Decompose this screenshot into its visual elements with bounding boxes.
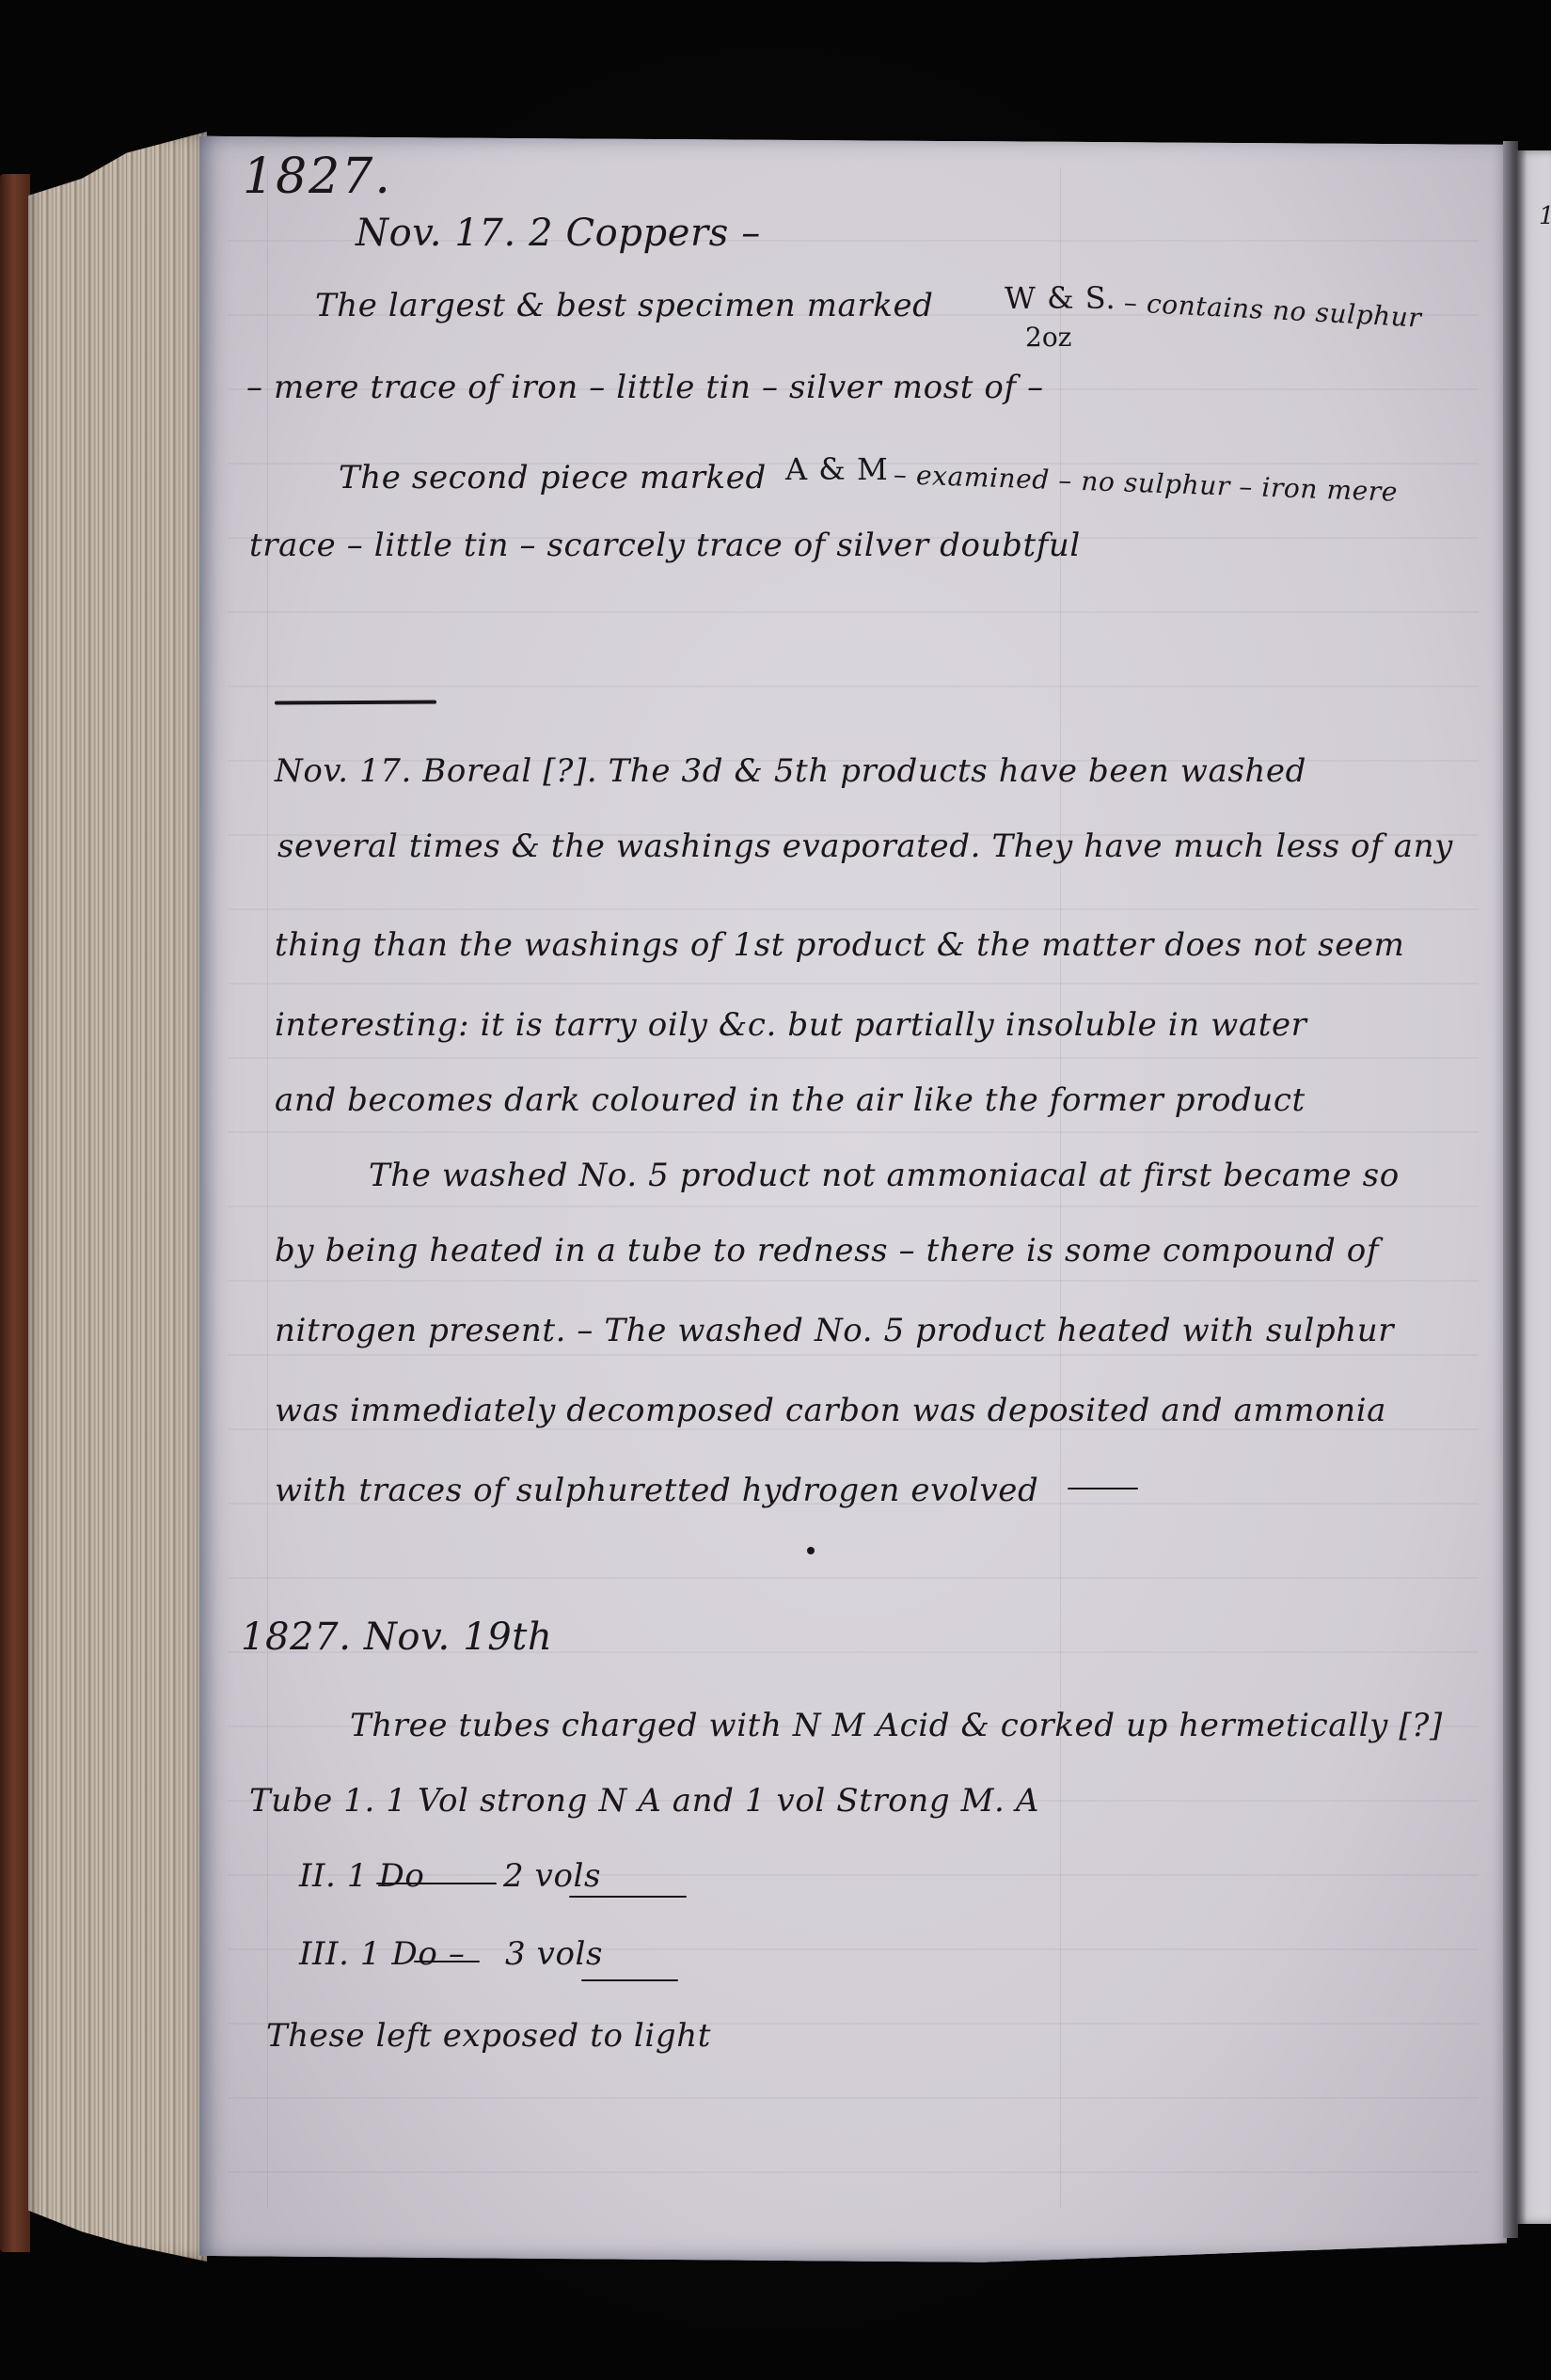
page-stack-edges	[28, 132, 207, 2262]
note-line: The largest & best specimen marked	[315, 287, 934, 324]
note-line: trace – little tin – scarcely trace of s…	[249, 527, 1081, 564]
note-line: several times & the washings evaporated.…	[277, 827, 1453, 865]
note-line: III. 1 Do –	[299, 1935, 465, 1973]
ditto-dash	[581, 1979, 678, 1981]
note-line: These left exposed to light	[266, 2017, 711, 2055]
entry-heading: Nov. 17. 2 Coppers –	[356, 212, 761, 255]
specimen-marking: A & M	[785, 451, 889, 487]
book-cover-edge	[0, 174, 30, 2252]
note-line: interesting: it is tarry oily &c. but pa…	[275, 1006, 1307, 1044]
specimen-weight: 2oz	[1025, 322, 1071, 353]
note-line: The second piece marked	[339, 459, 767, 496]
ditto-dash	[414, 1961, 480, 1962]
note-line: Tube 1. 1 Vol strong N A and 1 vol Stron…	[249, 1782, 1039, 1820]
note-line: – mere trace of iron – little tin – silv…	[246, 369, 1044, 406]
note-line: and becomes dark coloured in the air lik…	[275, 1081, 1306, 1119]
margin-line-left	[267, 167, 268, 2208]
ink-flourish	[1068, 1488, 1138, 1489]
ditto-dash	[376, 1883, 497, 1884]
note-line: was immediately decomposed carbon was de…	[275, 1392, 1386, 1429]
ink-dot	[807, 1547, 815, 1554]
note-line-continuation: 2 vols	[503, 1857, 601, 1895]
next-page-sliver	[1516, 150, 1551, 2224]
note-line: The washed No. 5 product not ammoniacal …	[369, 1157, 1400, 1194]
specimen-marking: W & S.	[1005, 280, 1116, 316]
note-line: Nov. 17. Boreal [?]. The 3d & 5th produc…	[275, 752, 1306, 790]
entry-heading: 1827. Nov. 19th	[241, 1616, 552, 1659]
ditto-dash	[569, 1896, 687, 1898]
note-line: nitrogen present. – The washed No. 5 pro…	[275, 1312, 1394, 1349]
entry-year: 1827.	[243, 149, 392, 205]
note-line: by being heated in a tube to redness – t…	[275, 1232, 1379, 1269]
note-line: Three tubes charged with N M Acid & cork…	[350, 1707, 1443, 1744]
note-line: with traces of sulphuretted hydrogen evo…	[275, 1472, 1038, 1509]
next-page-mark: 1	[1539, 202, 1551, 230]
note-line: II. 1 Do	[299, 1857, 424, 1895]
note-line: thing than the washings of 1st product &…	[275, 926, 1404, 964]
note-line-continuation: 3 vols	[505, 1935, 603, 1973]
